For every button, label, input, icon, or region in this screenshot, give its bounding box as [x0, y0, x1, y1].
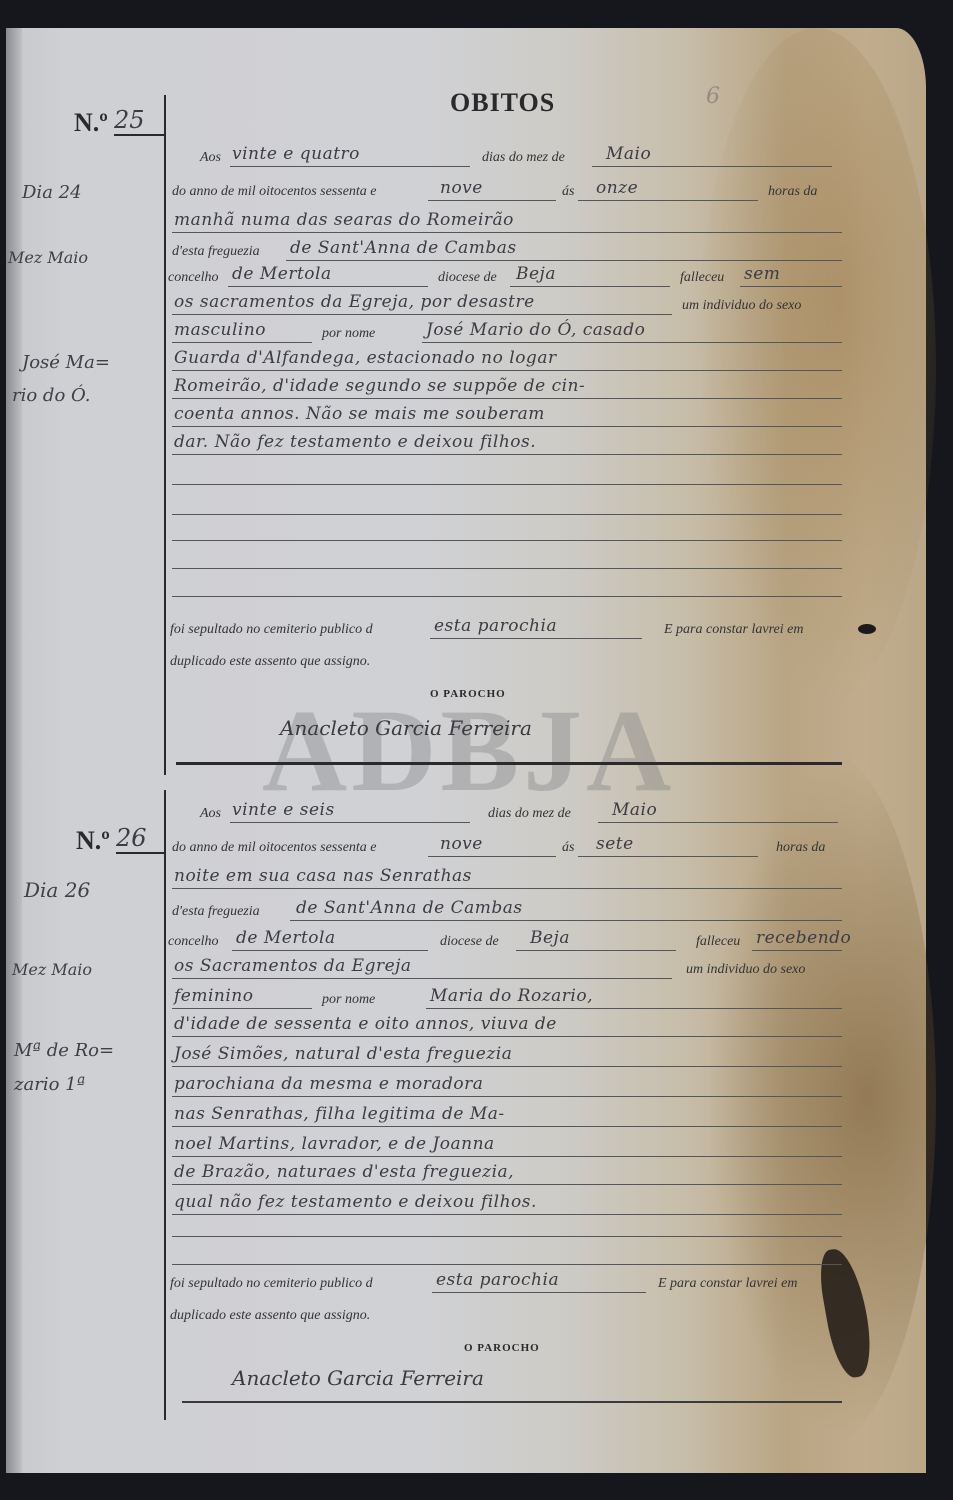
- falleceu-value: sem: [744, 264, 780, 284]
- margin-rule: [164, 95, 166, 775]
- narrative-line: d'idade de sessenta e oito annos, viuva …: [174, 1014, 557, 1034]
- entry-number-label: N.º: [76, 826, 110, 856]
- narrative-line: dar. Não fez testamento e deixou filhos.: [174, 432, 536, 452]
- label-por-nome: por nome: [322, 326, 375, 342]
- label-anno: do anno de mil oitocentos sessenta e: [172, 840, 377, 856]
- label-aos: Aos: [200, 806, 221, 822]
- paper-damage: [815, 1246, 877, 1381]
- entry-number-label: N.º: [74, 108, 108, 138]
- label-duplicado: duplicado este assento que assigno.: [170, 1308, 370, 1324]
- entry-number: 25: [114, 106, 164, 136]
- label-constar: E para constar lavrei em: [658, 1276, 797, 1292]
- pencil-page-mark: 6: [706, 84, 720, 109]
- freguezia-value: de Sant'Anna de Cambas: [296, 898, 523, 918]
- sexo-value: masculino: [174, 320, 266, 340]
- entry-end-rule: [182, 1401, 842, 1403]
- narrative-line: parochiana da mesma e moradora: [174, 1074, 483, 1094]
- concelho-value: de Mertola: [236, 928, 336, 948]
- entry-separator: [176, 762, 842, 765]
- narrative-line: Romeirão, d'idade segundo se suppõe de c…: [174, 376, 585, 396]
- margin-name-line2: zario 1ª: [14, 1074, 85, 1095]
- parocho-signature: Anacleto Garcia Ferreira: [280, 716, 532, 740]
- label-anno: do anno de mil oitocentos sessenta e: [172, 184, 377, 200]
- label-as: ás: [562, 184, 574, 200]
- margin-name-line1: José Ma=: [22, 352, 110, 373]
- margin-name-line2: rio do Ó.: [12, 385, 90, 406]
- day-value: vinte e quatro: [232, 144, 360, 164]
- place-line: noite em sua casa nas Senrathas: [174, 866, 472, 886]
- label-dias-do-mez: dias do mez de: [488, 806, 571, 822]
- label-constar: E para constar lavrei em: [664, 622, 803, 638]
- month-value: Maio: [612, 800, 657, 820]
- entry-number: 26: [116, 824, 166, 854]
- margin-month: Mez Maio: [12, 960, 92, 979]
- sexo-value: feminino: [174, 986, 253, 1006]
- sacraments-line: os Sacramentos da Egreja: [174, 956, 412, 976]
- hour-value: onze: [596, 178, 638, 198]
- margin-rule: [164, 790, 166, 1420]
- parocho-label: O PAROCHO: [464, 1342, 540, 1354]
- label-concelho: concelho: [168, 270, 219, 286]
- concelho-value: de Mertola: [232, 264, 332, 284]
- year-value: nove: [440, 178, 483, 198]
- binding-gutter: [6, 28, 22, 1473]
- page-heading: OBITOS: [450, 88, 555, 118]
- narrative-line: noel Martins, lavrador, e de Joanna: [174, 1134, 495, 1154]
- sacraments-line: os sacramentos da Egreja, por desastre: [174, 292, 535, 312]
- margin-day: Dia 24: [22, 182, 82, 203]
- label-horas-da: horas da: [768, 184, 817, 200]
- narrative-line: de Brazão, naturaes d'esta freguezia,: [174, 1162, 514, 1182]
- falleceu-value: recebendo: [756, 928, 851, 948]
- label-freguezia: d'esta freguezia: [172, 244, 260, 260]
- sepultado-value: esta parochia: [436, 1270, 559, 1290]
- margin-name-line1: Mª de Ro=: [14, 1040, 114, 1061]
- label-diocese: diocese de: [440, 934, 499, 950]
- label-horas-da: horas da: [776, 840, 825, 856]
- narrative-line: coenta annos. Não se mais me souberam: [174, 404, 545, 424]
- label-aos: Aos: [200, 150, 221, 166]
- label-individuo: um individuo do sexo: [682, 298, 801, 314]
- diocese-value: Beja: [516, 264, 556, 284]
- parocho-signature: Anacleto Garcia Ferreira: [232, 1366, 484, 1390]
- parocho-label: O PAROCHO: [430, 688, 506, 700]
- label-sepultado: foi sepultado no cemiterio publico d: [170, 1276, 373, 1292]
- day-value: vinte e seis: [232, 800, 335, 820]
- label-as: ás: [562, 840, 574, 856]
- month-value: Maio: [606, 144, 651, 164]
- hour-value: sete: [596, 834, 634, 854]
- margin-day: Dia 26: [24, 878, 90, 902]
- label-dias-do-mez: dias do mez de: [482, 150, 565, 166]
- label-concelho: concelho: [168, 934, 219, 950]
- nome-value: Maria do Rozario,: [430, 986, 593, 1006]
- nome-value: José Mario do Ó, casado: [426, 320, 645, 340]
- paper-hole: [858, 624, 876, 634]
- label-falleceu: falleceu: [680, 270, 724, 286]
- narrative-line: nas Senrathas, filha legitima de Ma-: [174, 1104, 505, 1124]
- label-falleceu: falleceu: [696, 934, 740, 950]
- place-line: manhã numa das searas do Romeirão: [174, 210, 514, 230]
- narrative-line: qual não fez testamento e deixou filhos.: [174, 1192, 537, 1212]
- margin-month: Mez Maio: [8, 248, 88, 267]
- label-duplicado: duplicado este assento que assigno.: [170, 654, 370, 670]
- label-individuo: um individuo do sexo: [686, 962, 805, 978]
- freguezia-value: de Sant'Anna de Cambas: [290, 238, 517, 258]
- label-diocese: diocese de: [438, 270, 497, 286]
- year-value: nove: [440, 834, 483, 854]
- label-sepultado: foi sepultado no cemiterio publico d: [170, 622, 373, 638]
- narrative-line: Guarda d'Alfandega, estacionado no logar: [174, 348, 557, 368]
- label-freguezia: d'esta freguezia: [172, 904, 260, 920]
- narrative-line: José Simões, natural d'esta freguezia: [174, 1044, 512, 1064]
- water-stain: [696, 28, 936, 708]
- label-por-nome: por nome: [322, 992, 375, 1008]
- sepultado-value: esta parochia: [434, 616, 557, 636]
- diocese-value: Beja: [530, 928, 570, 948]
